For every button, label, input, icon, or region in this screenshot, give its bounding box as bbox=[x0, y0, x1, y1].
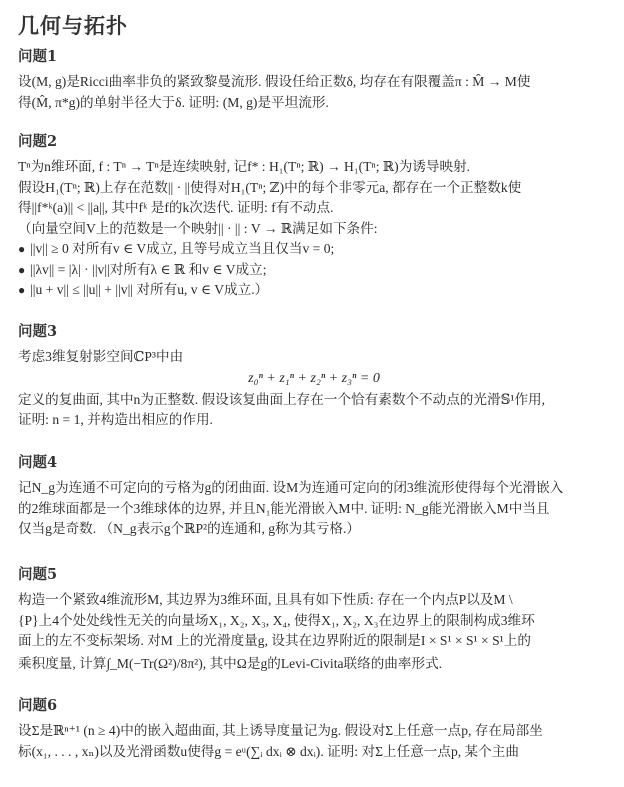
problem-heading: 问题4 bbox=[18, 454, 610, 472]
bullet-item: ●||u + v|| ≤ ||u|| + ||v|| 对所有u, v ∈ V成立… bbox=[18, 280, 610, 301]
problem-5: 问题5 构造一个紧致4维流形M, 其边界为3维环面, 且具有如下性质: 存在一个… bbox=[18, 566, 610, 676]
problem-3: 问题3 考虑3维复射影空间ℂP³中由 z₀ⁿ + z₁ⁿ + z₂ⁿ + z₃ⁿ… bbox=[18, 323, 610, 431]
text-line: 仅当g是奇数. （N_g表示g个ℝP²的连通和, g称为其亏格.） bbox=[18, 519, 610, 540]
problem-text: 记N_g为连通不可定向的亏格为g的闭曲面. 设M为连通可定向的闭3维流形使得每个… bbox=[18, 478, 610, 540]
text-line: 设Σ是ℝⁿ⁺¹ (n ≥ 4)中的嵌入超曲面, 其上诱导度量记为g. 假设对Σ上… bbox=[18, 721, 610, 742]
text-line: 设(M, g)是Ricci曲率非负的紧致黎曼流形. 假设任给正数δ, 均存在有限… bbox=[18, 72, 610, 93]
bullet-item: ●||v|| ≥ 0 对所有v ∈ V成立, 且等号成立当且仅当v = 0; bbox=[18, 239, 610, 260]
problem-heading: 问题1 bbox=[18, 48, 610, 66]
problem-4: 问题4 记N_g为连通不可定向的亏格为g的闭曲面. 设M为连通可定向的闭3维流形… bbox=[18, 454, 610, 540]
text-line: 定义的复曲面, 其中n为正整数. 假设该复曲面上存在一个恰有素数个不动点的光滑𝕊… bbox=[18, 390, 610, 411]
document-page: 几何与拓扑 问题1 设(M, g)是Ricci曲率非负的紧致黎曼流形. 假设任给… bbox=[0, 0, 624, 787]
text-line: 得(M̂, π*g)的单射半径大于δ. 证明: (M, g)是平坦流形. bbox=[18, 93, 610, 114]
bullet-text: ||u + v|| ≤ ||u|| + ||v|| 对所有u, v ∈ V成立.… bbox=[30, 282, 268, 297]
text-line: 假设H₁(Tⁿ; ℝ)上存在范数|| · ||使得对H₁(Tⁿ; ℤ)中的每个非… bbox=[18, 178, 610, 199]
text-line: 标(x₁, . . . , xₙ)以及光滑函数u使得g = eᵘ(∑ᵢ dxᵢ … bbox=[18, 742, 610, 763]
bullet-text: ||v|| ≥ 0 对所有v ∈ V成立, 且等号成立当且仅当v = 0; bbox=[30, 241, 334, 256]
bullet-icon: ● bbox=[18, 260, 30, 281]
text-line: Tⁿ为n维环面, f : Tⁿ → Tⁿ是连续映射, 记f* : H₁(Tⁿ; … bbox=[18, 157, 610, 178]
bullet-item: ●||λv|| = |λ| · ||v||对所有λ ∈ ℝ 和v ∈ V成立; bbox=[18, 260, 610, 281]
text-line: （向量空间V上的范数是一个映射|| · || : V → ℝ满足如下条件: bbox=[18, 219, 610, 240]
text-line: 证明: n = 1, 并构造出相应的作用. bbox=[18, 410, 610, 431]
problem-text: Tⁿ为n维环面, f : Tⁿ → Tⁿ是连续映射, 记f* : H₁(Tⁿ; … bbox=[18, 157, 610, 301]
text-line: 构造一个紧致4维流形M, 其边界为3维环面, 且具有如下性质: 存在一个内点P以… bbox=[18, 590, 610, 611]
problem-text: 设(M, g)是Ricci曲率非负的紧致黎曼流形. 假设任给正数δ, 均存在有限… bbox=[18, 72, 610, 113]
text-line: 记N_g为连通不可定向的亏格为g的闭曲面. 设M为连通可定向的闭3维流形使得每个… bbox=[18, 478, 610, 499]
problem-heading: 问题2 bbox=[18, 133, 610, 151]
text-line: 考虑3维复射影空间ℂP³中由 bbox=[18, 347, 610, 368]
bullet-icon: ● bbox=[18, 239, 30, 260]
bullet-icon: ● bbox=[18, 280, 30, 301]
problem-heading: 问题6 bbox=[18, 697, 610, 715]
problem-1: 问题1 设(M, g)是Ricci曲率非负的紧致黎曼流形. 假设任给正数δ, 均… bbox=[18, 48, 610, 113]
problem-heading: 问题3 bbox=[18, 323, 610, 341]
text-line: 乘积度量, 计算∫_M(−Tr(Ω²)/8π²), 其中Ω是g的Levi-Civ… bbox=[18, 652, 610, 676]
problem-6: 问题6 设Σ是ℝⁿ⁺¹ (n ≥ 4)中的嵌入超曲面, 其上诱导度量记为g. 假… bbox=[18, 697, 610, 762]
text-line: 的2维球面都是一个3维球体的边界, 并且N₁能光滑嵌入M中. 证明: N_g能光… bbox=[18, 499, 610, 520]
text-line: 面上的左不变标架场. 对M 上的光滑度量g, 设其在边界附近的限制是I × S¹… bbox=[18, 631, 610, 652]
text-line: 得||f*ᵏ(a)|| < ||a||, 其中fᵏ 是f的k次迭代. 证明: f… bbox=[18, 198, 610, 219]
display-equation: z₀ⁿ + z₁ⁿ + z₂ⁿ + z₃ⁿ = 0 bbox=[18, 368, 610, 390]
bullet-text: ||λv|| = |λ| · ||v||对所有λ ∈ ℝ 和v ∈ V成立; bbox=[30, 262, 267, 277]
problem-text: 构造一个紧致4维流形M, 其边界为3维环面, 且具有如下性质: 存在一个内点P以… bbox=[18, 590, 610, 676]
problem-text: 设Σ是ℝⁿ⁺¹ (n ≥ 4)中的嵌入超曲面, 其上诱导度量记为g. 假设对Σ上… bbox=[18, 721, 610, 762]
text-line: {P}上4个处处线性无关的向量场X₁, X₂, X₃, X₄, 使得X₁, X₂… bbox=[18, 611, 610, 632]
page-title: 几何与拓扑 bbox=[18, 10, 128, 40]
problem-heading: 问题5 bbox=[18, 566, 610, 584]
problem-text: 考虑3维复射影空间ℂP³中由 z₀ⁿ + z₁ⁿ + z₂ⁿ + z₃ⁿ = 0… bbox=[18, 347, 610, 431]
problem-2: 问题2 Tⁿ为n维环面, f : Tⁿ → Tⁿ是连续映射, 记f* : H₁(… bbox=[18, 133, 610, 301]
